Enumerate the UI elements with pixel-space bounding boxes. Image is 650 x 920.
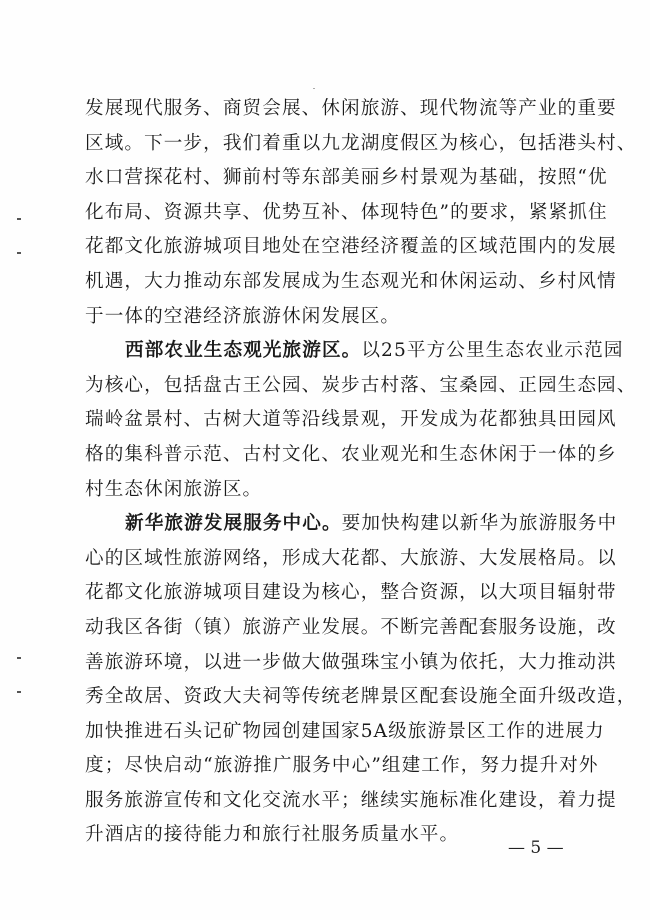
- paragraph-west-zone: 西部农业生态观光旅游区。以25平方公里生态农业示范园 为核心，包括盘古王公园、炭…: [85, 334, 531, 507]
- text-line: 动我区各街（镇）旅游产业发展。不断完善配套服务设施，改: [85, 611, 531, 646]
- binding-mark: [17, 691, 21, 693]
- text-line: 新华旅游发展服务中心。要加快构建以新华为旅游服务中: [85, 507, 531, 542]
- text-line: 为核心，包括盘古王公园、炭步古村落、宝桑园、正园生态园、: [85, 369, 531, 404]
- text-span: 要加快构建以新华为旅游服务中: [342, 513, 618, 534]
- document-page: 发展现代服务、商贸会展、休闲旅游、现代物流等产业的重要 区域。下一步，我们着重以…: [0, 0, 650, 920]
- text-line: 善旅游环境，以进一步做大做强珠宝小镇为依托，大力推动洪: [85, 646, 531, 681]
- text-line: 区域。下一步，我们着重以九龙湖度假区为核心，包括港头村、: [85, 127, 531, 162]
- text-line: 机遇，大力推动东部发展成为生态观光和休闲运动、乡村风情: [85, 265, 531, 300]
- text-line: 村生态休闲旅游区。: [85, 473, 531, 508]
- text-line: 秀全故居、资政大夫祠等传统老牌景区配套设施全面升级改造，: [85, 680, 531, 715]
- binding-mark: [17, 218, 21, 220]
- text-line: 水口营探花村、狮前村等东部美丽乡村景观为基础，按照“优: [85, 161, 531, 196]
- page-number: — 5 —: [508, 838, 564, 858]
- text-line: 服务旅游宣传和文化交流水平；继续实施标准化建设，着力提: [85, 784, 531, 819]
- text-line: 化布局、资源共享、优势互补、体现特色”的要求，紧紧抓住: [85, 196, 531, 231]
- section-heading: 新华旅游发展服务中心。: [125, 513, 342, 534]
- text-line: 发展现代服务、商贸会展、休闲旅游、现代物流等产业的重要: [85, 92, 531, 127]
- text-line: 格的集科普示范、古村文化、农业观光和生态休闲于一体的乡: [85, 438, 531, 473]
- binding-mark: [17, 252, 21, 254]
- text-line: 心的区域性旅游网络，形成大花都、大旅游、大发展格局。以: [85, 542, 531, 577]
- text-line: 西部农业生态观光旅游区。以25平方公里生态农业示范园: [85, 334, 531, 369]
- text-line: 花都文化旅游城项目地处在空港经济覆盖的区域范围内的发展: [85, 230, 531, 265]
- section-heading: 西部农业生态观光旅游区。: [125, 340, 361, 361]
- text-line: 加快推进石头记矿物园创建国家5A级旅游景区工作的进展力: [85, 715, 531, 750]
- text-line: 升酒店的接待能力和旅行社服务质量水平。: [85, 818, 531, 853]
- paragraph-xinhua-center: 新华旅游发展服务中心。要加快构建以新华为旅游服务中 心的区域性旅游网络，形成大花…: [85, 507, 531, 853]
- body-text: 发展现代服务、商贸会展、休闲旅游、现代物流等产业的重要 区域。下一步，我们着重以…: [85, 92, 531, 853]
- binding-mark: [17, 657, 21, 659]
- scan-artifact: [313, 88, 315, 89]
- text-line: 于一体的空港经济旅游休闲发展区。: [85, 300, 531, 335]
- text-line: 瑞岭盆景村、古树大道等沿线景观，开发成为花都独具田园风: [85, 403, 531, 438]
- paragraph-east-zone: 发展现代服务、商贸会展、休闲旅游、现代物流等产业的重要 区域。下一步，我们着重以…: [85, 92, 531, 334]
- text-line: 度；尽快启动“旅游推广服务中心”组建工作，努力提升对外: [85, 749, 531, 784]
- text-line: 花都文化旅游城项目建设为核心，整合资源，以大项目辐射带: [85, 576, 531, 611]
- text-span: 以25平方公里生态农业示范园: [361, 340, 623, 361]
